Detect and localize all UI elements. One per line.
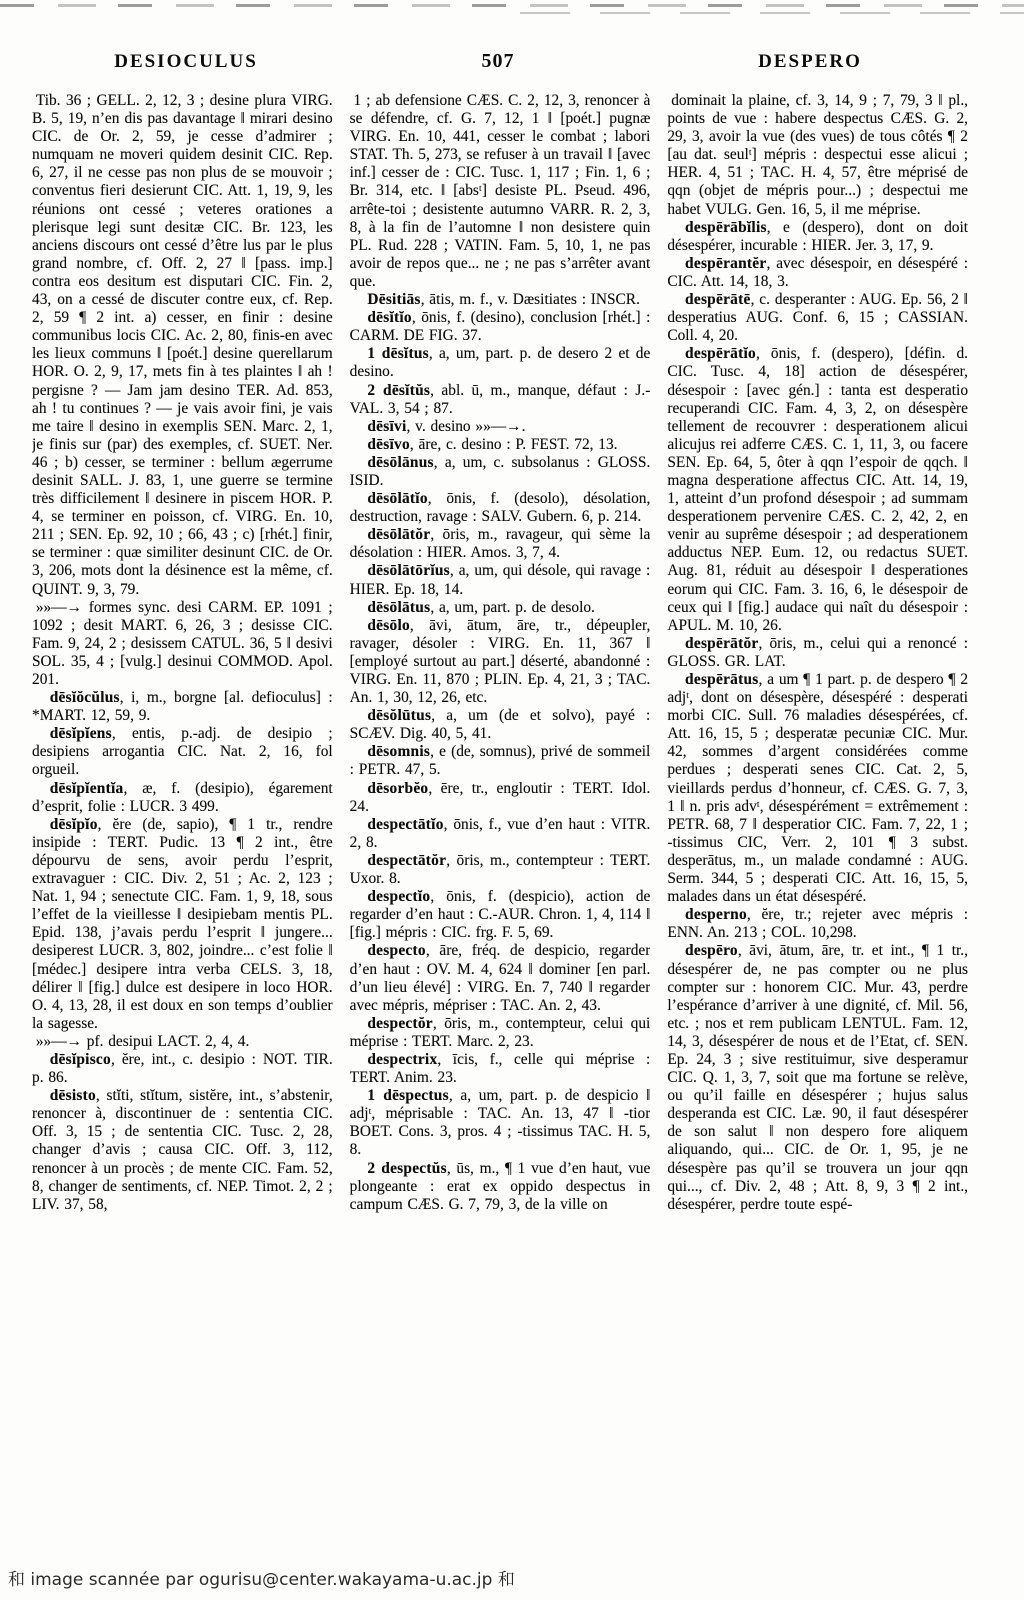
text-columns: Tib. 36 ; GELL. 2, 12, 3 ; desine plura … <box>32 92 968 1554</box>
dictionary-entry: despērātĭo, ōnis, f. (despero), [défin. … <box>667 345 968 635</box>
text-column-1: Tib. 36 ; GELL. 2, 12, 3 ; desine plura … <box>32 92 333 1554</box>
dictionary-entry: despērātŏr, ōris, m., celui qui a renonc… <box>667 635 968 671</box>
dictionary-entry: despērābĭlis, e (despero), dont on doit … <box>667 219 968 255</box>
entry-headword: dēsĭpisco <box>50 1051 111 1068</box>
entry-headword: despectĭo <box>367 888 430 905</box>
entry-headword: despērātē <box>685 291 751 308</box>
dictionary-entry: despecto, āre, fréq. de despicio, regard… <box>350 942 651 1014</box>
entry-headword: dēsōlātĭo <box>367 490 427 507</box>
entry-headword: dēsĭŏcŭlus <box>50 689 120 706</box>
entry-headword: despēro <box>685 942 738 959</box>
entry-headword: Dēsitiās <box>367 291 420 308</box>
entry-headword: despectātĭo <box>367 816 443 833</box>
entry-headword: dēsĭtĭo <box>367 309 412 326</box>
dictionary-entry: dēsīvo, āre, c. desino : P. FEST. 72, 13… <box>350 436 651 454</box>
page-header: DESIOCULUS 507 DESPERO <box>30 50 966 73</box>
dictionary-entry: dēsĭtĭo, ōnis, f. (desino), conclusion [… <box>350 309 651 345</box>
entry-headword: 2 dēsĭtŭs <box>367 382 430 399</box>
entry-headword: dēsōlānus <box>367 454 433 471</box>
dictionary-entry: dēsōlātĭo, ōnis, f. (desolo), désolation… <box>350 490 651 526</box>
entry-continuation: Tib. 36 ; GELL. 2, 12, 3 ; desine plura … <box>32 92 333 599</box>
guide-word-right: DESPERO <box>758 51 862 72</box>
text-column-3: dominait la plaine, cf. 3, 14, 9 ; 7, 79… <box>667 92 968 1554</box>
dictionary-entry: despectŏr, ōris, m., contempteur, celui … <box>350 1015 651 1051</box>
entry-headword: dēsorbĕo <box>367 780 428 797</box>
dictionary-entry: despērātē, c. desperanter : AUG. Ep. 56,… <box>667 291 968 345</box>
entry-headword: despectŏr <box>367 1015 433 1032</box>
entry-headword: dēsōlātōrĭus <box>367 562 450 579</box>
dictionary-entry: dēsōlānus, a, um, c. subsolanus : GLOSS.… <box>350 454 651 490</box>
entry-continuation: »»—→ formes sync. desi CARM. EP. 1091 ; … <box>32 599 333 689</box>
entry-headword: despecto <box>367 942 425 959</box>
entry-headword: dēsĭpĭens <box>50 725 112 742</box>
scan-artifact-line <box>0 4 1024 7</box>
entry-headword: despectātŏr <box>367 852 446 869</box>
scan-credit: 和 image scannée par ogurisu@center.wakay… <box>8 1565 515 1590</box>
entry-headword: dēsisto <box>50 1087 96 1104</box>
dictionary-entry: despectĭo, ōnis, f. (despicio), action d… <box>350 888 651 942</box>
entry-continuation: 1 ; ab defensione CÆS. C. 2, 12, 3, reno… <box>350 92 651 291</box>
entry-headword: 2 despectŭs <box>367 1160 446 1177</box>
dictionary-entry: 2 despectŭs, ūs, m., ¶ 1 vue d’en haut, … <box>350 1160 651 1214</box>
page-number: 507 <box>482 50 515 72</box>
dictionary-entry: dēsĭpisco, ĕre, int., c. desipio : NOT. … <box>32 1051 333 1087</box>
scan-artifact-line <box>520 12 1024 14</box>
dictionary-entry: dēsīvi, v. desino »»—→. <box>350 418 651 436</box>
dictionary-entry: dēsōlātus, a, um, part. p. de desolo. <box>350 599 651 617</box>
entry-headword: dēsōlātŏr <box>367 526 430 543</box>
dictionary-entry: despēro, āvi, ātum, āre, tr. et int., ¶ … <box>667 942 968 1213</box>
dictionary-entry: despērātus, a um ¶ 1 part. p. de despero… <box>667 671 968 906</box>
dictionary-entry: desperno, ĕre, tr.; rejeter avec mépris … <box>667 906 968 942</box>
entry-headword: desperno <box>685 906 747 923</box>
entry-headword: despērātĭo <box>685 345 756 362</box>
entry-headword: dēsīvi <box>367 418 406 435</box>
guide-word-left: DESIOCULUS <box>114 51 258 72</box>
dictionary-entry: dēsōlātōrĭus, a, um, qui désole, qui rav… <box>350 562 651 598</box>
entry-headword: dēsomnis <box>367 743 430 760</box>
dictionary-entry: despērantĕr, avec désespoir, en désespér… <box>667 255 968 291</box>
entry-headword: despērātŏr <box>685 635 758 652</box>
dictionary-entry: dēsĭpĭens, entis, p.-adj. de desipio ; d… <box>32 725 333 779</box>
dictionary-entry: dēsĭpĭo, ĕre (de, sapio), ¶ 1 tr., rendr… <box>32 816 333 1033</box>
dictionary-entry: dēsŏlūtus, a, um (de et solvo), payé : S… <box>350 707 651 743</box>
entry-headword: despectrix <box>367 1051 437 1068</box>
entry-headword: despērābĭlis <box>685 219 767 236</box>
text-column-2: 1 ; ab defensione CÆS. C. 2, 12, 3, reno… <box>350 92 651 1554</box>
entry-headword: 1 dēspectus <box>367 1087 448 1104</box>
dictionary-entry: 1 dēsĭtus, a, um, part. p. de desero 2 e… <box>350 345 651 381</box>
entry-continuation: »»—→ pf. desipui LACT. 2, 4, 4. <box>32 1033 333 1051</box>
entry-headword: dēsīvo <box>367 436 410 453</box>
dictionary-entry: dēsisto, stĭti, stĭtum, sistĕre, int., s… <box>32 1087 333 1214</box>
entry-headword: despērātus <box>685 671 758 688</box>
dictionary-page: DESIOCULUS 507 DESPERO Tib. 36 ; GELL. 2… <box>0 0 1024 1600</box>
dictionary-entry: despectrix, īcis, f., celle qui méprise … <box>350 1051 651 1087</box>
entry-headword: dēsĭpĭo <box>50 816 98 833</box>
entry-headword: dēsōlātus <box>367 599 430 616</box>
entry-headword: dēsĭpĭentĭa <box>50 780 124 797</box>
dictionary-entry: dēsĭŏcŭlus, i, m., borgne [al. defioculu… <box>32 689 333 725</box>
dictionary-entry: 1 dēspectus, a, um, part. p. de despicio… <box>350 1087 651 1159</box>
dictionary-entry: dēsōlo, āvi, ātum, āre, tr., dépeupler, … <box>350 617 651 707</box>
dictionary-entry: dēsomnis, e (de, somnus), privé de somme… <box>350 743 651 779</box>
entry-headword: 1 dēsĭtus <box>367 345 429 362</box>
entry-headword: dēsŏlūtus <box>367 707 431 724</box>
dictionary-entry: despectātĭo, ōnis, f., vue d’en haut : V… <box>350 816 651 852</box>
dictionary-entry: despectātŏr, ōris, m., contempteur : TER… <box>350 852 651 888</box>
dictionary-entry: Dēsitiās, ātis, m. f., v. Dæsitiates : I… <box>350 291 651 309</box>
entry-headword: despērantĕr <box>685 255 766 272</box>
dictionary-entry: 2 dēsĭtŭs, abl. ū, m., manque, défaut : … <box>350 382 651 418</box>
dictionary-entry: dēsorbĕo, ēre, tr., engloutir : TERT. Id… <box>350 780 651 816</box>
entry-continuation: dominait la plaine, cf. 3, 14, 9 ; 7, 79… <box>667 92 968 219</box>
dictionary-entry: dēsōlātŏr, ōris, m., ravageur, qui sème … <box>350 526 651 562</box>
entry-headword: dēsōlo <box>367 617 410 634</box>
dictionary-entry: dēsĭpĭentĭa, æ, f. (desipio), égarement … <box>32 780 333 816</box>
